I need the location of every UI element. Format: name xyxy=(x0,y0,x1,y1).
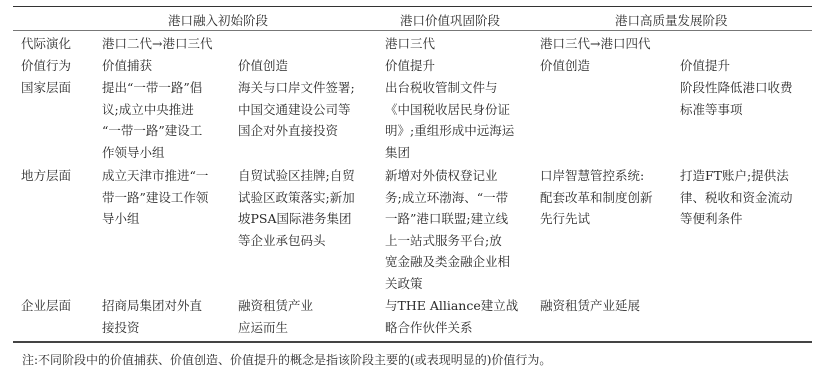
table-cell: 提出“一带一路”倡 议;成立中央推进 “一带一路”建设工 作领导小组 xyxy=(102,77,202,163)
header-stage-consolidation: 港口价值巩固阶段 xyxy=(400,11,500,29)
table-cell: 招商局集团对外直 接投资 xyxy=(102,295,202,338)
table-cell: 融资租赁产业 应运而生 xyxy=(238,295,313,338)
table-cell: 价值提升 xyxy=(680,55,730,77)
table-footnote: 注:不同阶段中的价值捕获、价值创造、价值提升的概念是指该阶段主要的(或表现明显的… xyxy=(22,351,551,368)
row-label: 代际演化 xyxy=(21,33,71,55)
table-cell: 口岸智慧管控系统: 配套改革和制度创新 先行先试 xyxy=(540,165,653,230)
table-cell: 海关与口岸文件签署; 中国交通建设公司等 国企对外直接投资 xyxy=(238,77,355,142)
header-stage-high-quality: 港口高质量发展阶段 xyxy=(615,11,728,29)
table-cell: 港口三代 xyxy=(385,33,435,55)
table-row-value-behavior: 价值行为 价值捕获 价值创造 价值提升 价值创造 价值提升 xyxy=(13,53,812,75)
table-cell: 价值提升 xyxy=(385,55,435,77)
table-cell: 价值创造 xyxy=(238,55,288,77)
table-cell: 融资租赁产业延展 xyxy=(540,295,640,317)
table-row-enterprise: 企业层面 招商局集团对外直 接投资 融资租赁产业 应运而生 与THE Allia… xyxy=(13,293,812,341)
header-stage-initial: 港口融入初始阶段 xyxy=(168,11,268,29)
table-cell: 价值创造 xyxy=(540,55,590,77)
table-cell: 阶段性降低港口收费 标准等事项 xyxy=(680,77,793,120)
table-header-row: 港口融入初始阶段 港口价值巩固阶段 港口高质量发展阶段 xyxy=(13,7,812,31)
table-cell: 成立天津市推进“一 带一路”建设工作领 导小组 xyxy=(102,165,208,230)
row-label: 企业层面 xyxy=(21,295,71,317)
table-cell: 自贸试验区挂牌;自贸 试验区政策落实;新加 坡PSA国际港务集团 等企业承包码头 xyxy=(238,165,355,251)
comparison-table: 港口融入初始阶段 港口价值巩固阶段 港口高质量发展阶段 代际演化 港口二代→港口… xyxy=(13,6,812,343)
table-row-national: 国家层面 提出“一带一路”倡 议;成立中央推进 “一带一路”建设工 作领导小组 … xyxy=(13,75,812,163)
row-label: 价值行为 xyxy=(21,55,71,77)
table-row-local: 地方层面 成立天津市推进“一 带一路”建设工作领 导小组 自贸试验区挂牌;自贸 … xyxy=(13,163,812,293)
table-cell: 价值捕获 xyxy=(102,55,152,77)
table-cell: 新增对外债权登记业 务;成立环渤海、“一带 一路”港口联盟;建立线 上一站式服务… xyxy=(385,165,510,294)
table-row-generation: 代际演化 港口二代→港口三代 港口三代 港口三代→港口四代 xyxy=(13,31,812,53)
row-label: 地方层面 xyxy=(21,165,71,187)
table-cell: 出台税收管制文件与 《中国税收居民身份证 明》;重组形成中远海运 集团 xyxy=(385,77,514,163)
table-cell: 港口三代→港口四代 xyxy=(540,33,650,55)
table-cell: 打造FT账户;提供法 律、税收和资金流动 等便利条件 xyxy=(680,165,793,230)
table-cell: 港口二代→港口三代 xyxy=(102,33,212,55)
table-cell: 与THE Alliance建立战 略合作伙伴关系 xyxy=(385,295,518,338)
row-label: 国家层面 xyxy=(21,77,71,99)
